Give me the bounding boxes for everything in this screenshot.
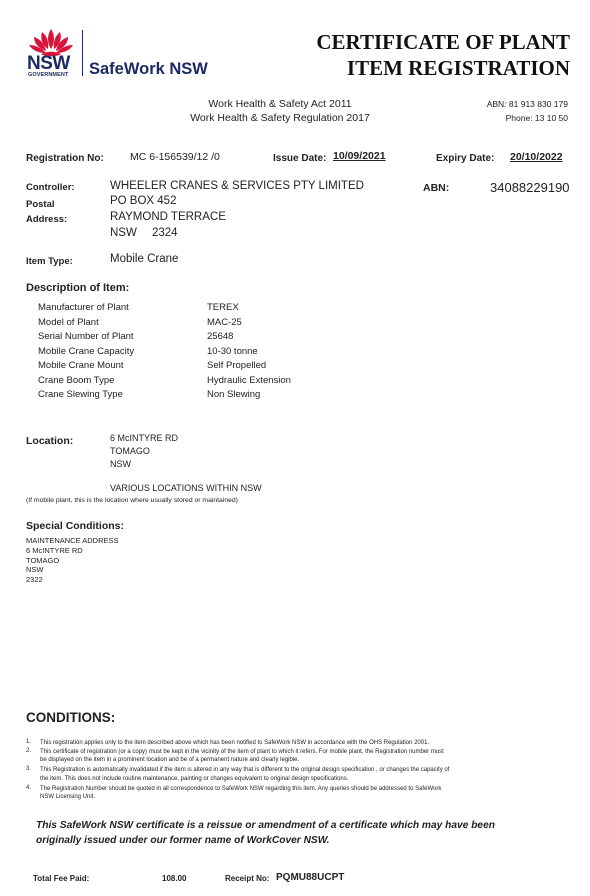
location-line: TOMAGO bbox=[110, 446, 150, 456]
description-label: Crane Slewing Type bbox=[38, 389, 123, 400]
location-various: VARIOUS LOCATIONS WITHIN NSW bbox=[110, 483, 262, 493]
agency-phone: Phone: 13 10 50 bbox=[506, 113, 568, 123]
item-type: Mobile Crane bbox=[110, 253, 178, 265]
receipt-no: PQMU88UCPT bbox=[276, 872, 344, 883]
description-value: MAC-25 bbox=[207, 317, 242, 328]
agency-name: SafeWork NSW bbox=[89, 60, 208, 79]
description-label: Crane Boom Type bbox=[38, 375, 114, 386]
issue-date-label: Issue Date: bbox=[273, 153, 326, 164]
receipt-no-label: Receipt No: bbox=[225, 874, 269, 883]
regulation-name: Work Health & Safety Regulation 2017 bbox=[150, 112, 410, 124]
nsw-logo-text: NSW bbox=[27, 54, 70, 73]
controller-label: Controller: bbox=[26, 182, 75, 193]
description-label: Manufacturer of Plant bbox=[38, 302, 129, 313]
address-state: NSW bbox=[110, 227, 137, 239]
address-line2: RAYMOND TERRACE bbox=[110, 211, 226, 223]
condition-text: This registration applies only to the it… bbox=[40, 739, 429, 748]
description-value: Non Slewing bbox=[207, 389, 260, 400]
description-label: Mobile Crane Mount bbox=[38, 360, 124, 371]
condition-number: 4. bbox=[26, 785, 31, 791]
special-condition-line: 2322 bbox=[26, 575, 43, 584]
controller-name: WHEELER CRANES & SERVICES PTY LIMITED bbox=[110, 180, 364, 192]
condition-number: 3. bbox=[26, 766, 31, 772]
reissue-notice-line2: originally issued under our former name … bbox=[36, 835, 329, 846]
description-value: TEREX bbox=[207, 302, 239, 313]
special-condition-line: NSW bbox=[26, 565, 44, 574]
condition-text: the item. This does not include routine … bbox=[40, 775, 348, 784]
government-logo-text: GOVERNMENT bbox=[28, 72, 68, 78]
expiry-date: 20/10/2022 bbox=[510, 151, 563, 163]
description-value: 25648 bbox=[207, 331, 233, 342]
certificate-title-line2: ITEM REGISTRATION bbox=[347, 56, 570, 81]
description-value: 10-30 tonne bbox=[207, 346, 258, 357]
conditions-heading: CONDITIONS: bbox=[26, 710, 115, 725]
location-label: Location: bbox=[26, 435, 73, 447]
address-postcode: 2324 bbox=[152, 227, 178, 239]
expiry-date-label: Expiry Date: bbox=[436, 153, 494, 164]
logo-divider bbox=[82, 30, 83, 76]
condition-text: The Registration Number should be quoted… bbox=[40, 785, 441, 794]
condition-text: be displayed on the item in a prominent … bbox=[40, 756, 299, 765]
act-name: Work Health & Safety Act 2011 bbox=[150, 98, 410, 110]
total-fee-label: Total Fee Paid: bbox=[33, 874, 89, 883]
postal-address-label-line2: Address: bbox=[26, 214, 67, 225]
description-label: Serial Number of Plant bbox=[38, 331, 134, 342]
condition-text: This certificate of registration (or a c… bbox=[40, 748, 444, 757]
condition-number: 2. bbox=[26, 748, 31, 754]
special-condition-line: 6 McINTYRE RD bbox=[26, 546, 83, 555]
condition-text: This Registration is automatically inval… bbox=[40, 766, 449, 775]
item-type-label: Item Type: bbox=[26, 256, 73, 267]
location-note: (If mobile plant, this is the location w… bbox=[26, 497, 238, 504]
condition-number: 1. bbox=[26, 739, 31, 745]
special-condition-line: TOMAGO bbox=[26, 556, 59, 565]
description-heading: Description of Item: bbox=[26, 282, 129, 294]
description-value: Hydraulic Extension bbox=[207, 375, 291, 386]
registration-no-label: Registration No: bbox=[26, 153, 104, 164]
special-condition-line: MAINTENANCE ADDRESS bbox=[26, 536, 119, 545]
postal-address-label-line1: Postal bbox=[26, 199, 55, 210]
condition-text: NSW Licensing Unit. bbox=[40, 793, 95, 802]
reissue-notice-line1: This SafeWork NSW certificate is a reiss… bbox=[36, 820, 495, 831]
description-value: Self Propelled bbox=[207, 360, 266, 371]
address-line1: PO BOX 452 bbox=[110, 195, 176, 207]
description-label: Mobile Crane Capacity bbox=[38, 346, 134, 357]
controller-abn-label: ABN: bbox=[423, 182, 449, 194]
certificate-title-line1: CERTIFICATE OF PLANT bbox=[316, 30, 570, 55]
issue-date: 10/09/2021 bbox=[333, 150, 386, 162]
special-conditions-heading: Special Conditions: bbox=[26, 520, 124, 532]
total-fee: 108.00 bbox=[162, 874, 186, 883]
agency-abn: ABN: 81 913 830 179 bbox=[487, 99, 568, 109]
description-label: Model of Plant bbox=[38, 317, 99, 328]
controller-abn: 34088229190 bbox=[490, 180, 570, 195]
location-line: 6 McINTYRE RD bbox=[110, 433, 178, 443]
registration-no: MC 6-156539/12 /0 bbox=[130, 151, 220, 163]
location-line: NSW bbox=[110, 459, 131, 469]
